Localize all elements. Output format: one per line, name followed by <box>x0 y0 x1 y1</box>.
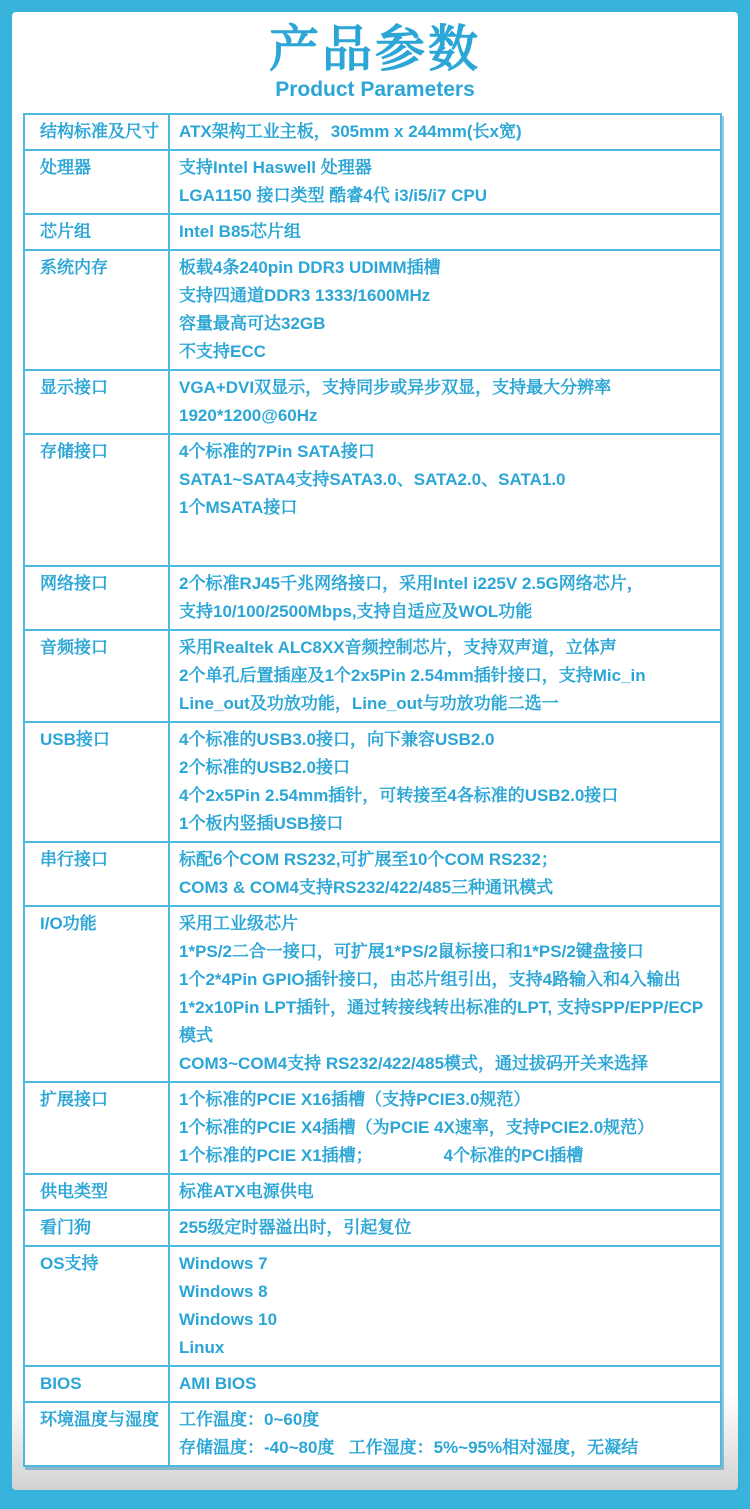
spec-value-line: 支持Intel Haswell 处理器 <box>179 154 716 182</box>
spec-label: 结构标准及尺寸 <box>25 115 170 149</box>
spec-row: 网络接口2个标准RJ45千兆网络接口，采用Intel i225V 2.5G网络芯… <box>25 567 720 631</box>
spec-value: Intel B85芯片组 <box>170 215 720 249</box>
spec-label: 串行接口 <box>25 843 170 905</box>
spec-row: USB接口4个标准的USB3.0接口，向下兼容USB2.02个标准的USB2.0… <box>25 723 720 843</box>
spec-label: 扩展接口 <box>25 1083 170 1173</box>
spec-label: 网络接口 <box>25 567 170 629</box>
spec-row: 看门狗255级定时器溢出时，引起复位 <box>25 1211 720 1247</box>
spec-label: 存储接口 <box>25 435 170 565</box>
spec-value: 板载4条240pin DDR3 UDIMM插槽支持四通道DDR3 1333/16… <box>170 251 720 369</box>
spec-value-line: Line_out及功放功能，Line_out与功放功能二选一 <box>179 690 716 718</box>
spec-value-line: VGA+DVI双显示，支持同步或异步双显，支持最大分辨率1920*1200@60… <box>179 374 716 430</box>
content-panel: 产品参数 Product Parameters 结构标准及尺寸ATX架构工业主板… <box>12 12 738 1490</box>
spec-row: I/O功能采用工业级芯片1*PS/2二合一接口，可扩展1*PS/2鼠标接口和1*… <box>25 907 720 1083</box>
page-background: { "page": { "title": "产品参数", "subtitle":… <box>0 0 750 1509</box>
spec-value-line: AMI BIOS <box>179 1370 716 1398</box>
spec-label: I/O功能 <box>25 907 170 1081</box>
spec-label: 显示接口 <box>25 371 170 433</box>
spec-row: 存储接口4个标准的7Pin SATA接口SATA1~SATA4支持SATA3.0… <box>25 435 720 567</box>
spec-label: 供电类型 <box>25 1175 170 1209</box>
spec-value-line: Windows 8 <box>179 1278 716 1306</box>
spec-value-line: 存储温度：-40~80度 工作湿度：5%~95%相对湿度，无凝结 <box>179 1434 716 1462</box>
spec-row: BIOSAMI BIOS <box>25 1367 720 1403</box>
page-title: 产品参数 <box>12 20 738 78</box>
spec-row: 显示接口VGA+DVI双显示，支持同步或异步双显，支持最大分辨率1920*120… <box>25 371 720 435</box>
spec-value-line: COM3 & COM4支持RS232/422/485三种通讯模式 <box>179 874 716 902</box>
spec-value-line: Linux <box>179 1334 716 1362</box>
spec-value-line: 4个2x5Pin 2.54mm插针，可转接至4各标准的USB2.0接口 <box>179 782 716 810</box>
spec-value-line: 标准ATX电源供电 <box>179 1178 716 1206</box>
spec-value: VGA+DVI双显示，支持同步或异步双显，支持最大分辨率1920*1200@60… <box>170 371 720 433</box>
spec-value: 采用工业级芯片1*PS/2二合一接口，可扩展1*PS/2鼠标接口和1*PS/2键… <box>170 907 720 1081</box>
spec-value: 4个标准的USB3.0接口，向下兼容USB2.02个标准的USB2.0接口4个2… <box>170 723 720 841</box>
spec-value: AMI BIOS <box>170 1367 720 1401</box>
spec-value: Windows 7Windows 8Windows 10Linux <box>170 1247 720 1365</box>
spec-row: 芯片组Intel B85芯片组 <box>25 215 720 251</box>
spec-row: OS支持Windows 7Windows 8Windows 10Linux <box>25 1247 720 1367</box>
spec-value: 标准ATX电源供电 <box>170 1175 720 1209</box>
spec-value-line: 1个标准的PCIE X4插槽（为PCIE 4X速率，支持PCIE2.0规范） <box>179 1114 716 1142</box>
spec-label: OS支持 <box>25 1247 170 1365</box>
spec-value-line: 标配6个COM RS232,可扩展至10个COM RS232； <box>179 846 716 874</box>
spec-label: 音频接口 <box>25 631 170 721</box>
spec-value: ATX架构工业主板，305mm x 244mm(长x宽) <box>170 115 720 149</box>
spec-value-line: 1个板内竖插USB接口 <box>179 810 716 838</box>
spec-value-line: 1*PS/2二合一接口，可扩展1*PS/2鼠标接口和1*PS/2键盘接口 <box>179 938 716 966</box>
spec-label: USB接口 <box>25 723 170 841</box>
spec-label: 芯片组 <box>25 215 170 249</box>
spec-value: 工作温度：0~60度存储温度：-40~80度 工作湿度：5%~95%相对湿度，无… <box>170 1403 720 1465</box>
spec-value: 1个标准的PCIE X16插槽（支持PCIE3.0规范）1个标准的PCIE X4… <box>170 1083 720 1173</box>
spec-value: 2个标准RJ45千兆网络接口，采用Intel i225V 2.5G网络芯片，支持… <box>170 567 720 629</box>
spec-value-line: Intel B85芯片组 <box>179 218 716 246</box>
page-subtitle: Product Parameters <box>12 78 738 102</box>
spec-row: 扩展接口1个标准的PCIE X16插槽（支持PCIE3.0规范）1个标准的PCI… <box>25 1083 720 1175</box>
spec-value: 255级定时器溢出时，引起复位 <box>170 1211 720 1245</box>
spec-label: 环境温度与湿度 <box>25 1403 170 1465</box>
spec-value-line: Windows 7 <box>179 1250 716 1278</box>
spec-value-line: 板载4条240pin DDR3 UDIMM插槽 <box>179 254 716 282</box>
spec-value-line: 1*2x10Pin LPT插针，通过转接线转出标准的LPT, 支持SPP/EPP… <box>179 994 716 1050</box>
spec-label: 系统内存 <box>25 251 170 369</box>
spec-value-line: COM3~COM4支持 RS232/422/485模式，通过拔码开关来选择 <box>179 1050 716 1078</box>
spec-value-line: ATX架构工业主板，305mm x 244mm(长x宽) <box>179 118 716 146</box>
spec-value-line: 采用工业级芯片 <box>179 910 716 938</box>
spec-row: 供电类型标准ATX电源供电 <box>25 1175 720 1211</box>
spec-value-line: 1个MSATA接口 <box>179 494 716 522</box>
spec-value-line: 4个标准的7Pin SATA接口 <box>179 438 716 466</box>
spec-row: 环境温度与湿度工作温度：0~60度存储温度：-40~80度 工作湿度：5%~95… <box>25 1403 720 1465</box>
spec-value-line: 不支持ECC <box>179 338 716 366</box>
spec-value-line: 2个单孔后置插座及1个2x5Pin 2.54mm插针接口，支持Mic_in <box>179 662 716 690</box>
spec-row: 系统内存板载4条240pin DDR3 UDIMM插槽支持四通道DDR3 133… <box>25 251 720 371</box>
spec-label: 处理器 <box>25 151 170 213</box>
spec-row: 处理器支持Intel Haswell 处理器LGA1150 接口类型 酷睿4代 … <box>25 151 720 215</box>
spec-value-line: 容量最高可达32GB <box>179 310 716 338</box>
spec-value-line: 1个标准的PCIE X1插槽； 4个标准的PCI插槽 <box>179 1142 716 1170</box>
spec-row: 串行接口标配6个COM RS232,可扩展至10个COM RS232；COM3 … <box>25 843 720 907</box>
spec-table: 结构标准及尺寸ATX架构工业主板，305mm x 244mm(长x宽)处理器支持… <box>23 113 722 1467</box>
spec-row: 结构标准及尺寸ATX架构工业主板，305mm x 244mm(长x宽) <box>25 115 720 151</box>
spec-value-line: 2个标准RJ45千兆网络接口，采用Intel i225V 2.5G网络芯片， <box>179 570 716 598</box>
spec-value: 标配6个COM RS232,可扩展至10个COM RS232；COM3 & CO… <box>170 843 720 905</box>
spec-value-line: 2个标准的USB2.0接口 <box>179 754 716 782</box>
spec-row: 音频接口采用Realtek ALC8XX音频控制芯片，支持双声道，立体声2个单孔… <box>25 631 720 723</box>
spec-value-line: SATA1~SATA4支持SATA3.0、SATA2.0、SATA1.0 <box>179 466 716 494</box>
spec-value-line: 采用Realtek ALC8XX音频控制芯片，支持双声道，立体声 <box>179 634 716 662</box>
spec-value: 支持Intel Haswell 处理器LGA1150 接口类型 酷睿4代 i3/… <box>170 151 720 213</box>
spec-value-line: 1个标准的PCIE X16插槽（支持PCIE3.0规范） <box>179 1086 716 1114</box>
spec-value-line: 255级定时器溢出时，引起复位 <box>179 1214 716 1242</box>
spec-value-line: 4个标准的USB3.0接口，向下兼容USB2.0 <box>179 726 716 754</box>
spec-label: 看门狗 <box>25 1211 170 1245</box>
spec-value: 采用Realtek ALC8XX音频控制芯片，支持双声道，立体声2个单孔后置插座… <box>170 631 720 721</box>
spec-value-line: 支持10/100/2500Mbps,支持自适应及WOL功能 <box>179 598 716 626</box>
spec-value-line: LGA1150 接口类型 酷睿4代 i3/i5/i7 CPU <box>179 182 716 210</box>
spec-value: 4个标准的7Pin SATA接口SATA1~SATA4支持SATA3.0、SAT… <box>170 435 720 565</box>
spec-value-line: 工作温度：0~60度 <box>179 1406 716 1434</box>
spec-value-line: 1个2*4Pin GPIO插针接口，由芯片组引出，支持4路输入和4入输出 <box>179 966 716 994</box>
spec-value-line: 支持四通道DDR3 1333/1600MHz <box>179 282 716 310</box>
spec-label: BIOS <box>25 1367 170 1401</box>
spec-value-line: Windows 10 <box>179 1306 716 1334</box>
